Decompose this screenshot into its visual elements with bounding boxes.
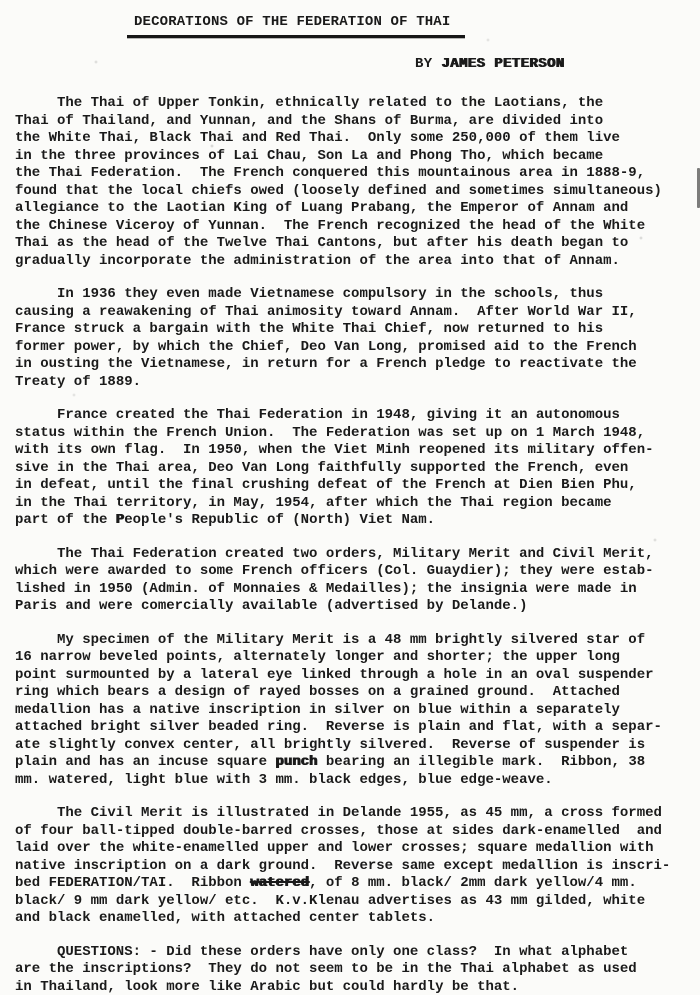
paragraph: The Civil Merit is illustrated in Deland… bbox=[15, 805, 700, 928]
title-row: DECORATIONS OF THE FEDERATION OF THAI bbox=[127, 13, 700, 38]
text-run: France created the Thai Federation in 19… bbox=[15, 407, 654, 528]
text-run: The Thai Federation created two orders, … bbox=[15, 546, 654, 615]
document-page: DECORATIONS OF THE FEDERATION OF THAI BY… bbox=[0, 0, 700, 995]
paragraph: In 1936 they even made Vietnamese compul… bbox=[15, 286, 700, 391]
page-title: DECORATIONS OF THE FEDERATION OF THAI bbox=[127, 14, 465, 38]
document-body: The Thai of Upper Tonkin, ethnically rel… bbox=[15, 95, 700, 995]
byline: BY JAMES PETERSON bbox=[415, 56, 700, 73]
paragraph: My specimen of the Military Merit is a 4… bbox=[15, 632, 700, 790]
paragraph: The Thai Federation created two orders, … bbox=[15, 546, 700, 616]
text-run: QUESTIONS: - Did these orders have only … bbox=[15, 944, 637, 995]
text-overtyped: P bbox=[116, 512, 124, 528]
byline-prefix: BY bbox=[415, 56, 441, 72]
paragraph: The Thai of Upper Tonkin, ethnically rel… bbox=[15, 95, 700, 270]
text-run: eople's Republic of (North) Viet Nam. bbox=[124, 512, 435, 528]
text-run: The Thai of Upper Tonkin, ethnically rel… bbox=[15, 95, 662, 269]
paragraph: France created the Thai Federation in 19… bbox=[15, 407, 700, 530]
text-struck: watered bbox=[250, 875, 309, 891]
byline-author: JAMES PETERSON bbox=[441, 56, 564, 72]
text-overtyped: punch bbox=[275, 754, 317, 770]
text-run: My specimen of the Military Merit is a 4… bbox=[15, 632, 662, 771]
paragraph: QUESTIONS: - Did these orders have only … bbox=[15, 944, 700, 995]
text-run: In 1936 they even made Vietnamese compul… bbox=[15, 286, 637, 390]
